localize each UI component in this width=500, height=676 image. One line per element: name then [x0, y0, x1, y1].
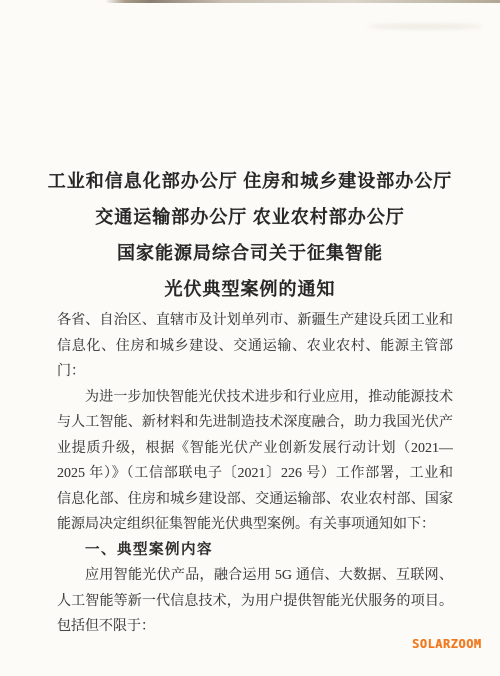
title-line: 光伏典型案例的通知	[0, 271, 500, 307]
notice-title: 工业和信息化部办公厅 住房和城乡建设部办公厅 交通运输部办公厅 农业农村部办公厅…	[0, 163, 500, 307]
solarzoom-watermark: SOLARZOOM	[412, 637, 482, 651]
body-line: 为进一步加快智能光伏技术进步和行业应用，推动能源技术	[57, 385, 453, 411]
body-line: 门：	[57, 359, 453, 385]
title-line: 交通运输部办公厅 农业农村部办公厅	[0, 199, 500, 235]
notice-body: 各省、自治区、直辖市及计划单列市、新疆生产建设兵团工业和 信息化、住房和城乡建设…	[57, 308, 453, 640]
body-line: 信息化、住房和城乡建设、交通运输、农业农村、能源主管部	[57, 334, 453, 360]
scanner-smudge-artifact	[368, 24, 483, 29]
body-line: 包括但不限于：	[57, 614, 453, 640]
body-line: 人工智能等新一代信息技术，为用户提供智能光伏服务的项目。	[57, 589, 453, 615]
body-line: 能源局决定组织征集智能光伏典型案例。有关事项通知如下：	[57, 512, 453, 538]
body-line: 2025 年）》（工信部联电子〔2021〕226 号）工作部署，工业和	[57, 461, 453, 487]
body-line: 各省、自治区、直辖市及计划单列市、新疆生产建设兵团工业和	[57, 308, 453, 334]
title-line: 工业和信息化部办公厅 住房和城乡建设部办公厅	[0, 163, 500, 199]
title-line: 国家能源局综合司关于征集智能	[0, 235, 500, 271]
scanner-edge-artifact	[0, 0, 500, 3]
section-heading: 一、典型案例内容	[57, 538, 453, 564]
body-line: 信息化部、住房和城乡建设部、交通运输部、农业农村部、国家	[57, 487, 453, 513]
body-line: 业提质升级，根据《智能光伏产业创新发展行动计划（2021—	[57, 436, 453, 462]
body-line: 与人工智能、新材料和先进制造技术深度融合，助力我国光伏产	[57, 410, 453, 436]
body-line: 应用智能光伏产品，融合运用 5G 通信、大数据、互联网、	[57, 563, 453, 589]
scanned-notice-page: 工业和信息化部办公厅 住房和城乡建设部办公厅 交通运输部办公厅 农业农村部办公厅…	[0, 0, 500, 676]
